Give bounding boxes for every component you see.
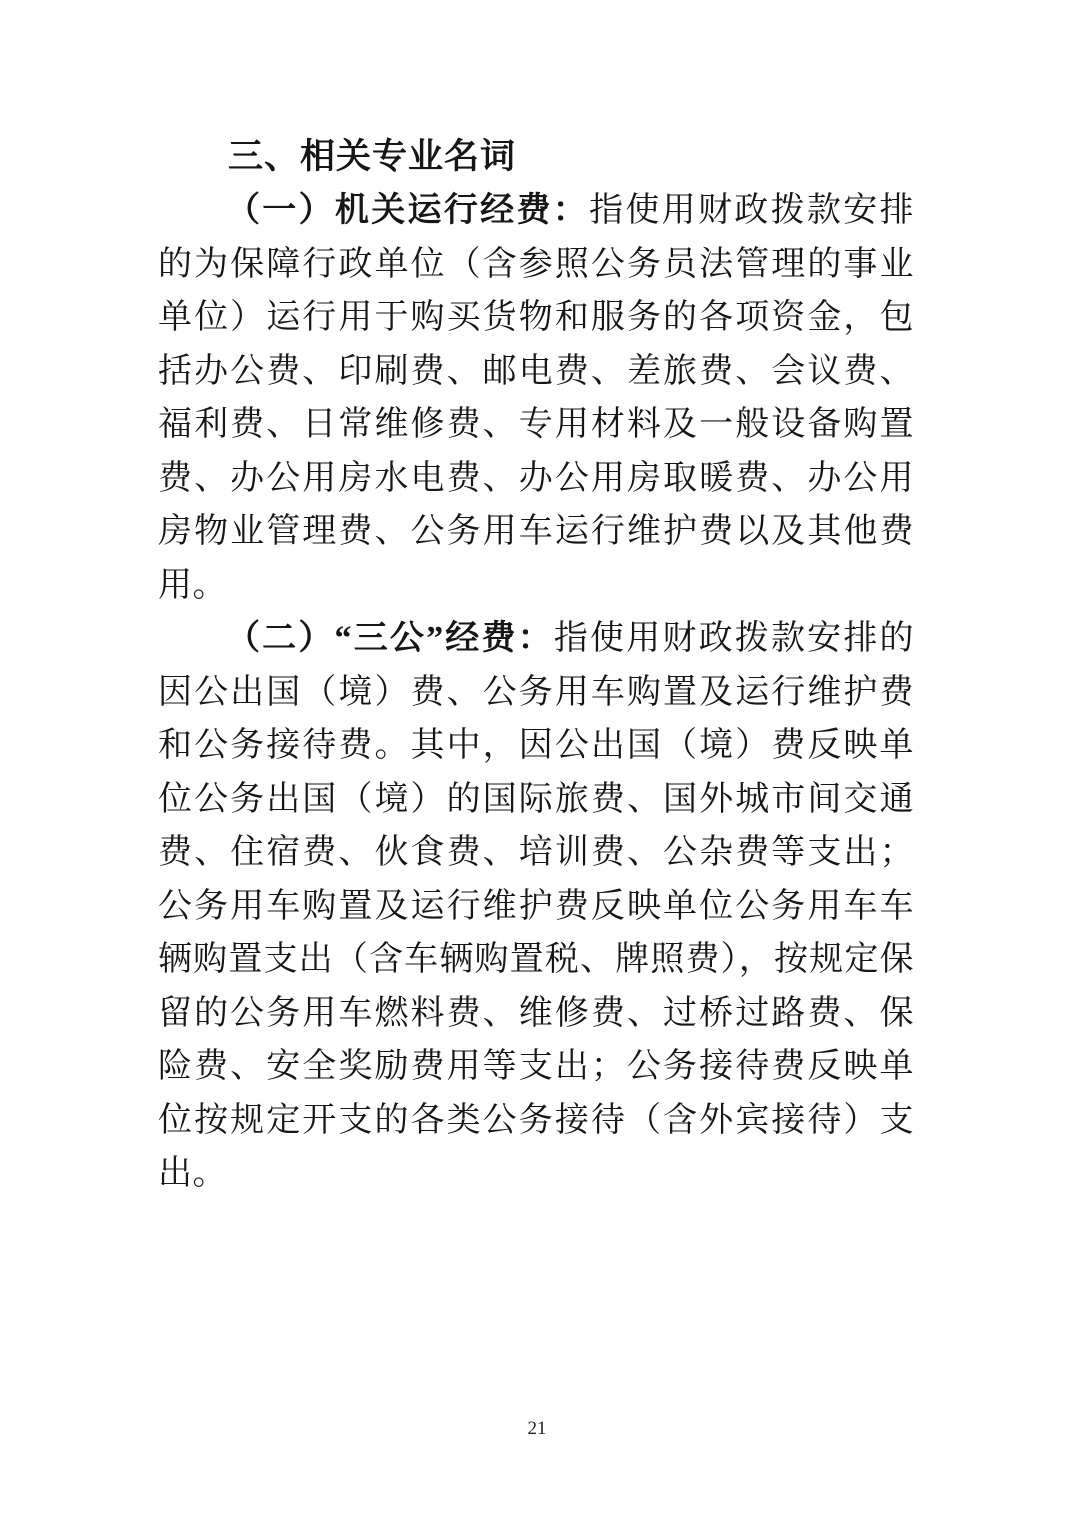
paragraph-2-body-text: 指使用财政拨款安排的因公出国（境）费、公务用车购置及运行维护费和公务接待费。其中…: [158, 620, 914, 1192]
document-page: 三、相关专业名词 （一）机关运行经费：指使用财政拨款安排的为保障行政单位（含参照…: [0, 0, 1074, 1520]
section-heading: 三、相关专业名词: [158, 130, 914, 184]
paragraph-2-lead-term: （二）“三公”经费：: [226, 620, 554, 657]
paragraph-1-lead-term: （一）机关运行经费：: [226, 192, 589, 229]
paragraph-three-public-expenses: （二）“三公”经费：指使用财政拨款安排的因公出国（境）费、公务用车购置及运行维护…: [158, 612, 914, 1201]
paragraph-organ-operating-expenses: （一）机关运行经费：指使用财政拨款安排的为保障行政单位（含参照公务员法管理的事业…: [158, 184, 914, 612]
page-number: 21: [0, 1418, 1074, 1440]
paragraph-1-body-text: 指使用财政拨款安排的为保障行政单位（含参照公务员法管理的事业单位）运行用于购买货…: [158, 192, 914, 604]
